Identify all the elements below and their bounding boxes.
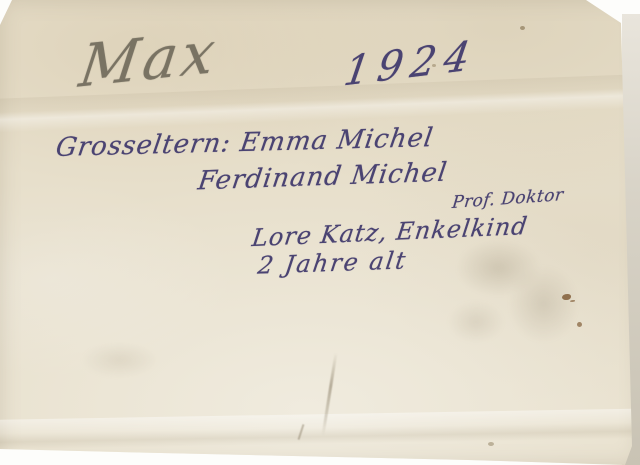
- scratch-mark: [321, 352, 337, 435]
- stain-smudge-left: [60, 330, 180, 390]
- year-inscription: 1924: [341, 35, 480, 92]
- scan-area: Max 1924 Grosseltern: Emma Michel Ferdin…: [0, 0, 640, 465]
- pencil-name-inscription: Max: [76, 22, 222, 96]
- stain-speck: [577, 322, 582, 327]
- grandparents-line: Grosseltern: Emma Michel: [54, 125, 435, 161]
- photo-back-paper: Max 1924 Grosseltern: Emma Michel Ferdin…: [0, 0, 640, 465]
- grandchild-line: Lore Katz, Enkelkind: [251, 214, 530, 250]
- crease-fold-bottom: [0, 408, 640, 450]
- title-line: Prof. Doktor: [451, 187, 564, 212]
- age-line: 2 Jahre alt: [256, 248, 409, 277]
- stain-speck: [520, 26, 525, 30]
- crease-mark-small: [298, 424, 305, 440]
- stain-speck: [488, 442, 494, 446]
- stain-smudge: [446, 232, 596, 352]
- stain-speck: [562, 294, 571, 300]
- grandfather-line: Ferdinand Michel: [196, 160, 449, 195]
